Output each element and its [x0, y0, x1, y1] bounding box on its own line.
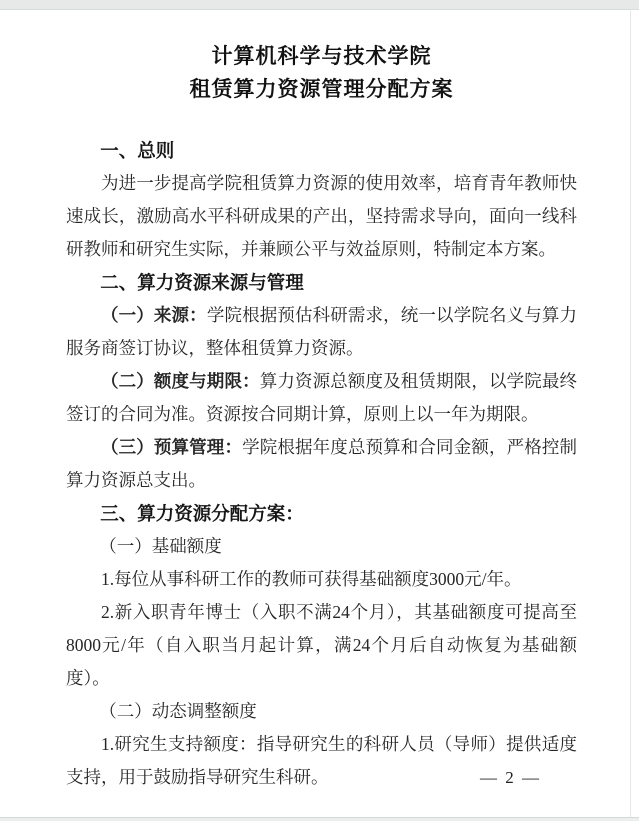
paragraph: 1.每位从事科研工作的教师可获得基础额度3000元/年。 — [66, 563, 577, 596]
document-title-line-2: 租赁算力资源管理分配方案 — [66, 73, 577, 106]
section-heading: 二、算力资源来源与管理 — [66, 266, 577, 299]
paragraph-lead: （二）额度与期限： — [101, 371, 260, 391]
document-title: 计算机科学与技术学院 租赁算力资源管理分配方案 — [66, 40, 577, 106]
page-content: 计算机科学与技术学院 租赁算力资源管理分配方案 一、总则为进一步提高学院租赁算力… — [66, 0, 577, 794]
bottom-edge-strip — [0, 817, 639, 821]
paragraph-lead: （一）来源： — [101, 305, 207, 325]
sub-heading: （一）基础额度 — [66, 530, 577, 563]
paragraph: （二）额度与期限：算力资源总额度及租赁期限，以学院最终签订的合同为准。资源按合同… — [66, 365, 577, 431]
section-heading: 一、总则 — [66, 134, 577, 167]
document-page: 计算机科学与技术学院 租赁算力资源管理分配方案 一、总则为进一步提高学院租赁算力… — [0, 0, 639, 821]
document-title-line-1: 计算机科学与技术学院 — [66, 40, 577, 73]
paragraph: 2.新入职青年博士（入职不满24个月），其基础额度可提高至8000元/年（自入职… — [66, 596, 577, 695]
sub-heading: （二）动态调整额度 — [66, 695, 577, 728]
section-heading: 三、算力资源分配方案： — [66, 497, 577, 530]
document-body: 一、总则为进一步提高学院租赁算力资源的使用效率，培育青年教师快速成长，激励高水平… — [66, 134, 577, 794]
paragraph: （三）预算管理：学院根据年度总预算和合同金额，严格控制算力资源总支出。 — [66, 431, 577, 497]
right-edge-line — [630, 9, 631, 817]
page-number: — 2 — — [480, 768, 541, 788]
paragraph: （一）来源：学院根据预估科研需求，统一以学院名义与算力服务商签订协议，整体租赁算… — [66, 299, 577, 365]
paragraph-lead: （三）预算管理： — [101, 437, 242, 457]
paragraph: 为进一步提高学院租赁算力资源的使用效率，培育青年教师快速成长，激励高水平科研成果… — [66, 167, 577, 266]
